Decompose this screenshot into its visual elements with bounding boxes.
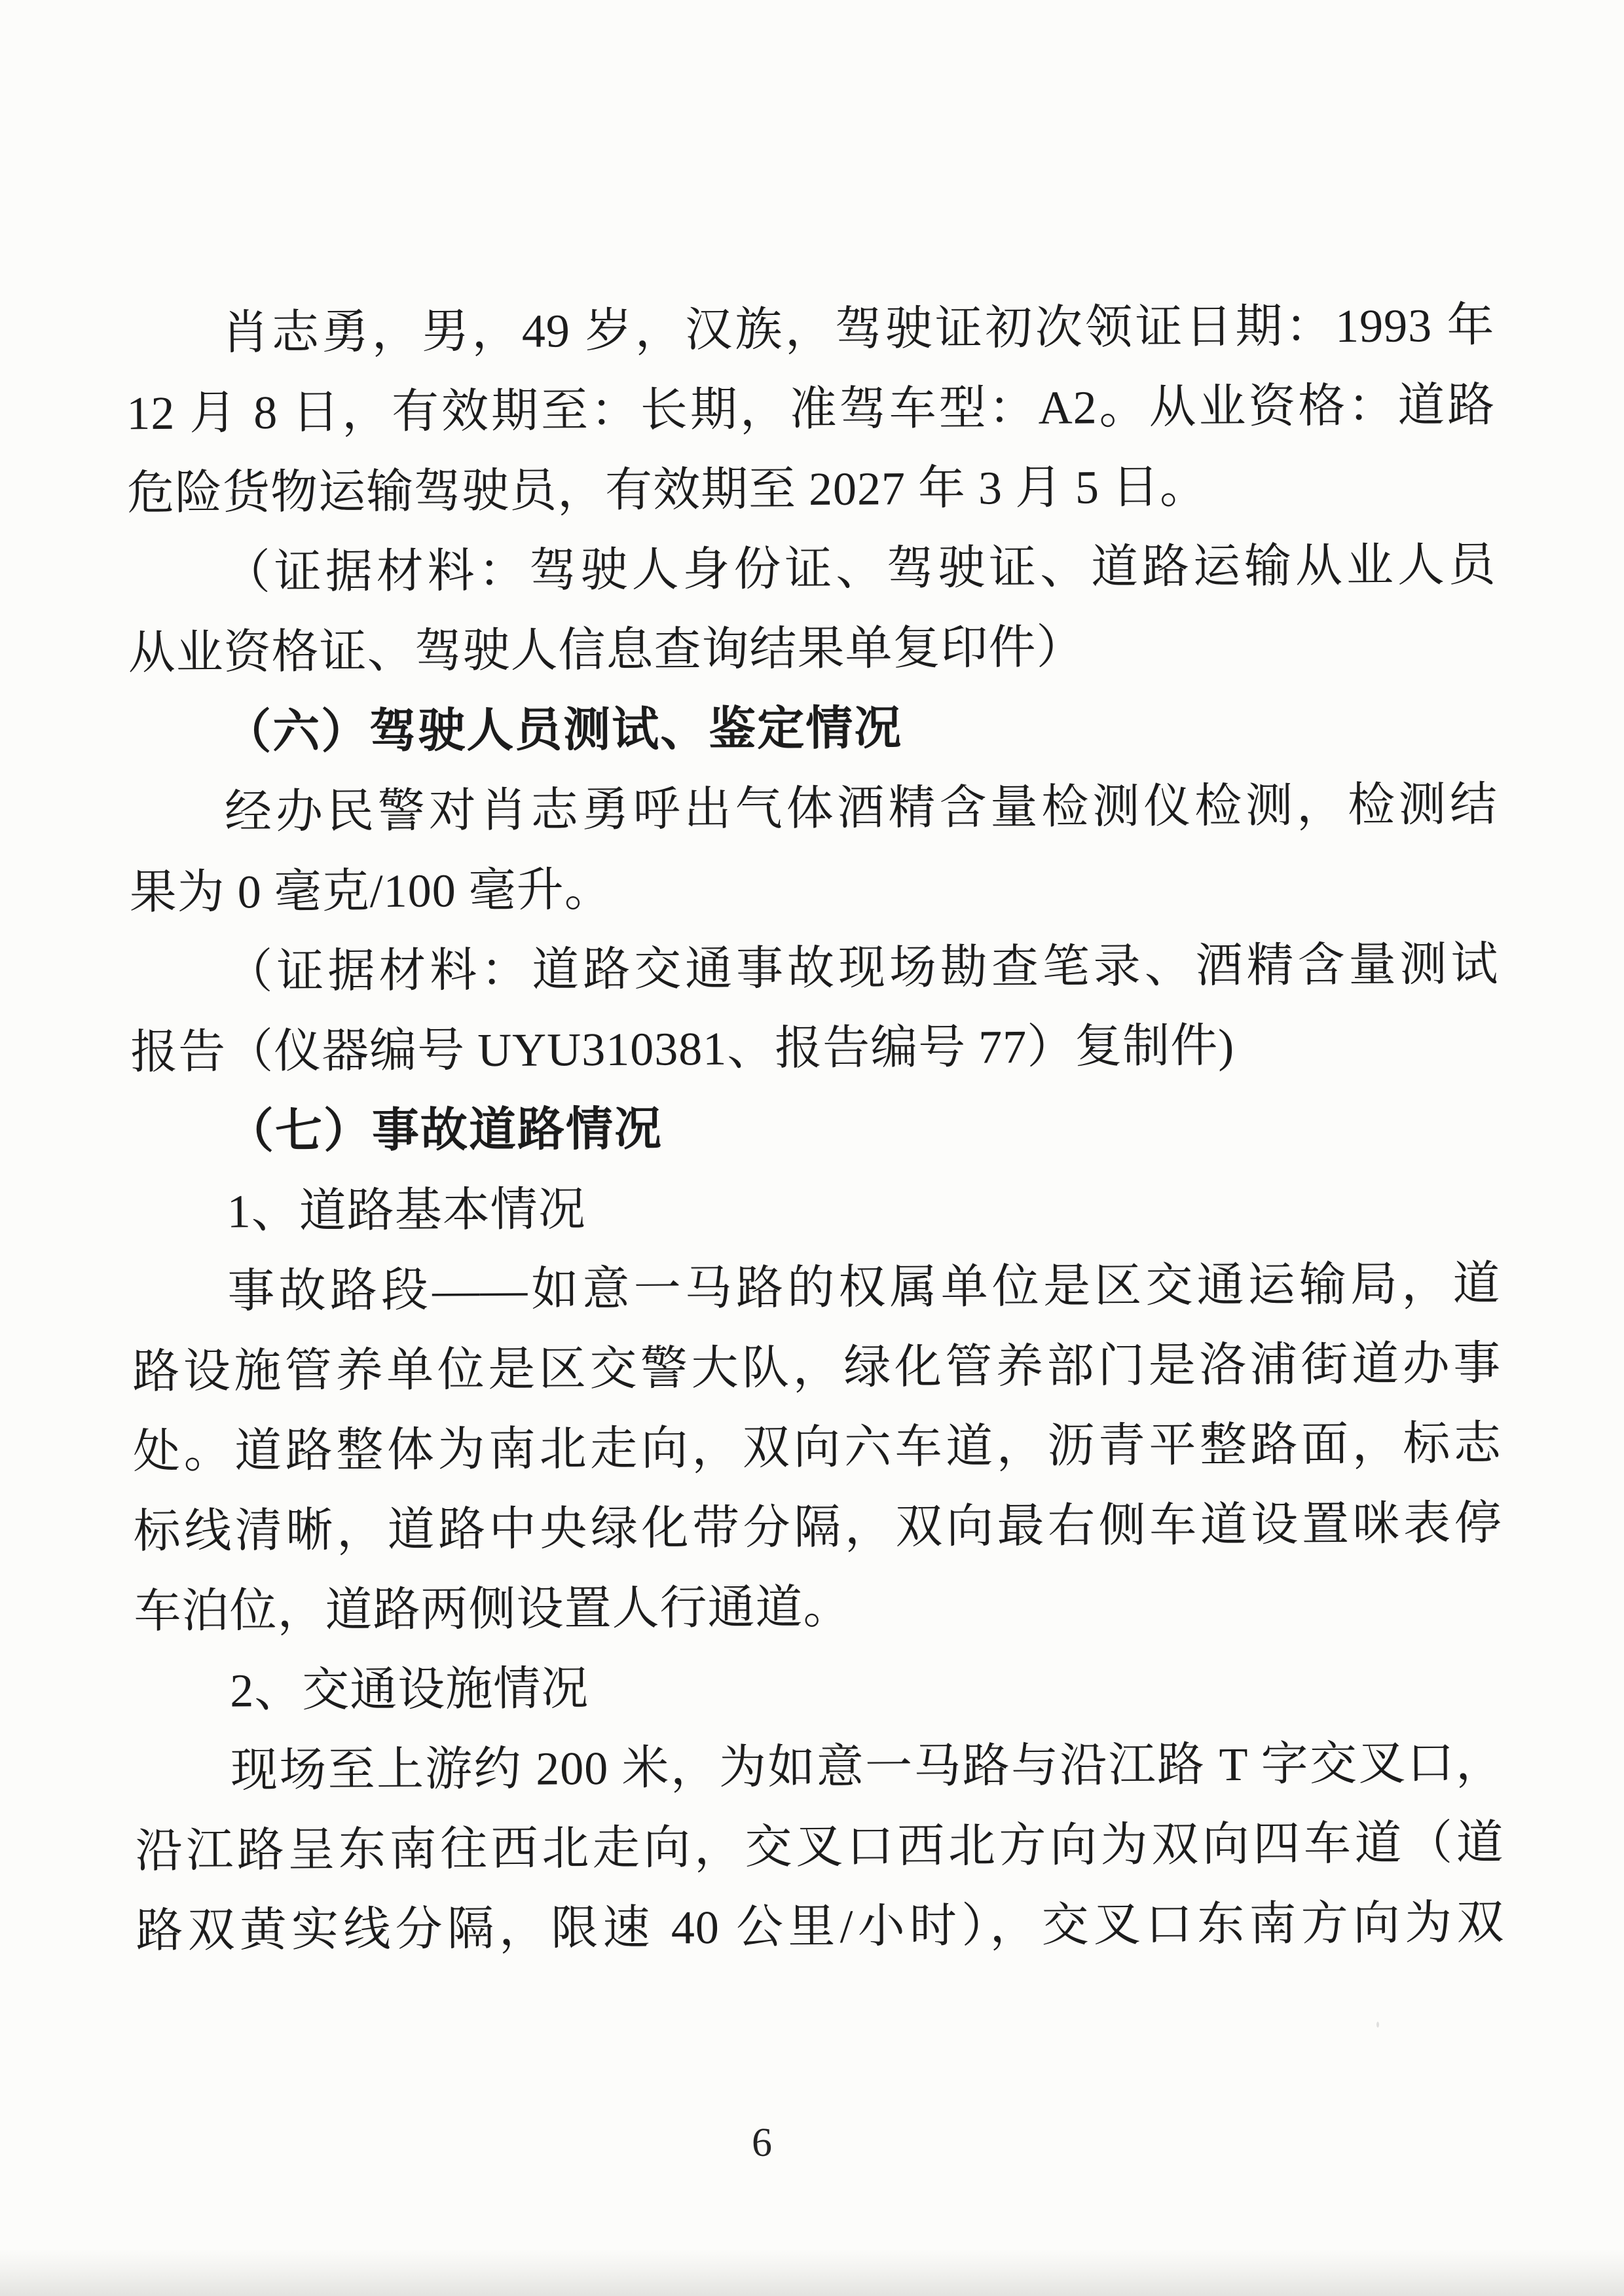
body-line: （证据材料：驾驶人身份证、驾驶证、道路运输从业人员 bbox=[127, 525, 1496, 613]
body-line: 肖志勇，男，49 岁，汉族，驾驶证初次领证日期：1993 年 bbox=[126, 285, 1495, 374]
subsection-heading: 2、交通设施情况 bbox=[134, 1643, 1504, 1732]
scan-speckle bbox=[231, 496, 234, 500]
scan-artifact-band bbox=[0, 2249, 1624, 2296]
scanned-document-page: 肖志勇，男，49 岁，汉族，驾驶证初次领证日期：1993 年 12 月 8 日，… bbox=[0, 0, 1624, 2296]
body-line: 经办民警对肖志勇呼出气体酒精含量检测仪检测，检测结 bbox=[129, 765, 1498, 853]
body-line: 处。道路整体为南北走向，双向六车道，沥青平整路面，标志 bbox=[133, 1404, 1502, 1492]
body-line: 报告（仪器编号 UYU310381、报告编号 77）复制件) bbox=[130, 1004, 1500, 1093]
body-line: （证据材料：道路交通事故现场勘查笔录、酒精含量测试 bbox=[130, 924, 1499, 1013]
section-heading: （六）驾驶人员测试、鉴定情况 bbox=[128, 685, 1498, 773]
document-text-block: 肖志勇，男，49 岁，汉族，驾驶证初次领证日期：1993 年 12 月 8 日，… bbox=[126, 285, 1505, 1971]
body-line: 事故路段——如意一马路的权属单位是区交通运输局，道 bbox=[132, 1244, 1501, 1332]
body-line: 从业资格证、驾驶人信息查询结果单复印件） bbox=[128, 605, 1497, 693]
body-line: 路设施管养单位是区交警大队，绿化管养部门是洛浦街道办事 bbox=[132, 1324, 1502, 1412]
body-line: 路双黄实线分隔，限速 40 公里/小时），交叉口东南方向为双 bbox=[136, 1883, 1505, 1971]
body-line: 果为 0 毫克/100 毫升。 bbox=[129, 845, 1498, 933]
body-line: 危险货物运输驾驶员，有效期至 2027 年 3 月 5 日。 bbox=[127, 445, 1496, 534]
scan-speckle bbox=[1376, 2022, 1379, 2028]
body-line: 标线清晰，道路中央绿化带分隔，双向最右侧车道设置咪表停 bbox=[133, 1484, 1502, 1572]
subsection-heading: 1、道路基本情况 bbox=[131, 1164, 1500, 1252]
body-line: 车泊位，道路两侧设置人行通道。 bbox=[134, 1563, 1503, 1652]
body-line: 现场至上游约 200 米，为如意一马路与沿江路 T 字交叉口， bbox=[135, 1723, 1504, 1812]
body-line: 12 月 8 日，有效期至：长期，准驾车型：A2。从业资格：道路 bbox=[126, 365, 1496, 454]
page-number: 6 bbox=[752, 2120, 772, 2166]
body-line: 沿江路呈东南往西北走向，交叉口西北方向为双向四车道（道 bbox=[135, 1803, 1504, 1891]
section-heading: （七）事故道路情况 bbox=[131, 1084, 1500, 1173]
